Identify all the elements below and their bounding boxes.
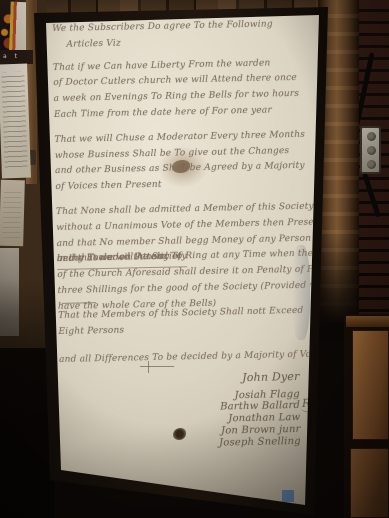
crossbar-text-fragment: a t bbox=[3, 53, 20, 60]
blue-corner-mark bbox=[282, 490, 294, 502]
ink-flourish bbox=[62, 297, 96, 304]
cabinet-top-edge bbox=[346, 316, 389, 327]
signature-block: John Dyer Paul Revere Josiah Flagg Barth… bbox=[59, 370, 323, 453]
closing-clause: and all Differences To be decided by a M… bbox=[59, 348, 321, 369]
outlet-port-icon bbox=[367, 160, 376, 169]
handwritten-text: We the Subscribers Do agree To the Follo… bbox=[52, 17, 323, 453]
pinned-paper bbox=[0, 180, 25, 247]
pinned-paper bbox=[0, 64, 31, 179]
article-3: That None shall be admitted a Member of … bbox=[56, 199, 320, 299]
cabinet-drawer bbox=[350, 448, 389, 518]
oak-cabinet bbox=[344, 314, 389, 518]
signature-paul-revere: Paul Revere bbox=[300, 383, 349, 413]
outlet-port-icon bbox=[367, 132, 376, 141]
printed-text-lines bbox=[2, 188, 21, 238]
printed-text-lines bbox=[1, 72, 27, 171]
document-opening: We the Subscribers Do agree To the Follo… bbox=[52, 17, 315, 54]
electrical-outlet-box bbox=[360, 126, 381, 174]
board-crossbar: a t bbox=[0, 50, 33, 64]
outlet-port-icon bbox=[367, 146, 376, 155]
article-2: That we will Chuse a Moderator Every thr… bbox=[54, 127, 317, 196]
underlined-phrase: being Excluded the Society bbox=[57, 250, 187, 271]
handwriting-line: and all Differences To be decided by a M… bbox=[59, 348, 321, 369]
framed-document-photo: a t We the Subscribers Do agree To the F… bbox=[0, 0, 389, 518]
cabinet-drawer bbox=[352, 330, 389, 440]
article-1: That if we Can have Liberty From the war… bbox=[53, 55, 316, 124]
